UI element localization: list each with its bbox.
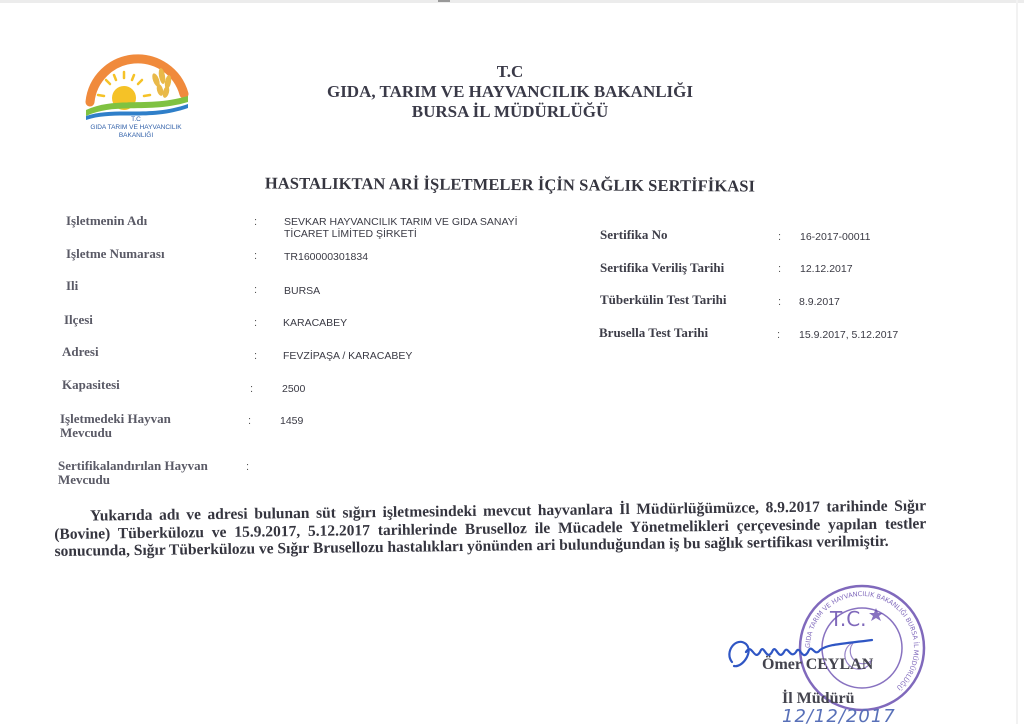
separator: : bbox=[254, 216, 257, 228]
separator: : bbox=[248, 415, 251, 427]
separator: : bbox=[254, 284, 257, 296]
signer-name: Ömer CEYLAN bbox=[762, 656, 873, 674]
separator: : bbox=[254, 317, 257, 329]
separator: : bbox=[778, 231, 781, 243]
scan-right-edge bbox=[1016, 0, 1018, 724]
separator: : bbox=[777, 329, 780, 341]
label-certificate-no: Sertifika No bbox=[600, 227, 668, 243]
value-business-name-2: TİCARET LİMİTED ŞİRKETİ bbox=[284, 228, 417, 240]
value-business-number: TR160000301834 bbox=[284, 251, 368, 263]
handwritten-date: 12/12/2017 bbox=[782, 706, 896, 724]
separator: : bbox=[778, 296, 781, 308]
separator: : bbox=[246, 461, 249, 473]
value-issue-date: 12.12.2017 bbox=[800, 263, 853, 275]
header-ministry: GIDA, TARIM VE HAYVANCILIK BAKANLIĞI bbox=[300, 82, 720, 102]
value-district: KARACABEY bbox=[283, 317, 347, 329]
scan-top-edge bbox=[0, 0, 1024, 3]
certificate-statement: Yukarıda adı ve adresi bulunan süt sığır… bbox=[54, 497, 927, 560]
value-business-name-1: SEVKAR HAYVANCILIK TARIM VE GIDA SANAYİ bbox=[284, 216, 518, 228]
label-tuberculin-test-date: Tüberkülin Test Tarihi bbox=[600, 292, 726, 308]
certificate-title: HASTALIKTAN ARİ İŞLETMELER İÇİN SAĞLIK S… bbox=[250, 173, 770, 196]
value-province: BURSA bbox=[284, 285, 320, 297]
label-brucella-test-date: Brusella Test Tarihi bbox=[599, 325, 708, 341]
separator: : bbox=[254, 350, 257, 362]
logo-text-bakanligi: BAKANLIĞI bbox=[76, 132, 196, 139]
label-business-name: Işletmenin Adı bbox=[66, 213, 147, 228]
label-address: Adresi bbox=[62, 344, 99, 359]
separator: : bbox=[778, 263, 781, 275]
separator: : bbox=[250, 383, 253, 395]
scan-mark bbox=[438, 0, 450, 2]
value-brucella-test-date: 15.9.2017, 5.12.2017 bbox=[799, 329, 898, 341]
label-capacity: Kapasitesi bbox=[62, 377, 120, 392]
label-business-number: Işletme Numarası bbox=[66, 246, 165, 261]
label-animal-stock-2: Mevcudu bbox=[60, 425, 112, 440]
header-directorate: BURSA İL MÜDÜRLÜĞÜ bbox=[300, 102, 720, 122]
value-address: FEVZİPAŞA / KARACABEY bbox=[283, 350, 412, 362]
label-district: Ilçesi bbox=[64, 312, 93, 327]
logo-text-tc: T.C bbox=[76, 116, 196, 123]
logo-text-ministry: GIDA TARIM VE HAYVANCILIK bbox=[76, 124, 196, 131]
statement-text: Yukarıda adı ve adresi bulunan süt sığır… bbox=[54, 497, 926, 560]
label-issue-date: Sertifika Veriliş Tarihi bbox=[600, 260, 724, 276]
value-tuberculin-test-date: 8.9.2017 bbox=[799, 296, 840, 308]
document-header: T.C GIDA, TARIM VE HAYVANCILIK BAKANLIĞI… bbox=[300, 62, 720, 122]
label-animal-stock-1: Işletmedeki Hayvan bbox=[60, 411, 171, 426]
value-animal-stock: 1459 bbox=[280, 415, 303, 427]
label-certified-stock-1: Sertifikalandırılan Hayvan bbox=[58, 458, 208, 473]
value-certificate-no: 16-2017-00011 bbox=[800, 231, 870, 243]
value-capacity: 2500 bbox=[282, 383, 305, 395]
header-tc: T.C bbox=[300, 62, 720, 82]
label-province: Ili bbox=[66, 278, 78, 293]
ministry-logo-sun-wheat-icon bbox=[76, 36, 196, 120]
label-certified-stock-2: Mevcudu bbox=[58, 472, 110, 487]
separator: : bbox=[254, 250, 257, 262]
ministry-logo: T.C GIDA TARIM VE HAYVANCILIK BAKANLIĞI bbox=[76, 36, 196, 144]
